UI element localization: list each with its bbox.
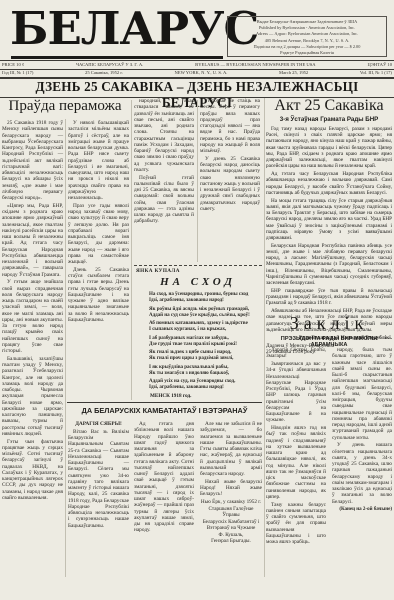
column-divider: [131, 100, 132, 400]
stanza: Як роўны йдзі асядзь між роўных грамадой…: [149, 307, 261, 319]
poem-dateline: МЕНСК 1918 год.: [150, 393, 191, 399]
masthead-underline: [11, 56, 223, 59]
zaklik-text-2: народу, была тым больш гаротнаю, што ў к…: [332, 347, 392, 505]
article-prauda-title: Праўда пераможа: [0, 98, 130, 115]
sig: Генэрал Брыгады.: [200, 538, 262, 545]
article-kambatanty-column-1: ДАРАГІЯ СЯБРЫ! Вітаю Вас зь Вялікім Бела…: [68, 421, 129, 577]
sig: Нью Ёрк, у сакавіку 1952 г.: [200, 499, 262, 506]
article-zaklik-column-2: народу, была тым больш гаротнаю, што ў к…: [332, 347, 392, 577]
stanza: І аб разбураных магілах не забудзь, Дзе …: [149, 336, 261, 348]
para: 25 Сакавіка 1918 году ў Менску найлепшыя…: [2, 120, 63, 201]
para: Поўнай гэтай палымлівай сілы было ў дні …: [134, 175, 194, 225]
tagline-belarusian: ЧАСАПІС БЕЛАРУСАЎ У З. Г. А.: [76, 62, 143, 67]
para: Вітаю Вас зь Вялікім Беларускім Нацыянал…: [68, 429, 129, 529]
column-divider: [197, 100, 198, 262]
para: Год таму назад народы Беларусі, разам з …: [266, 126, 392, 170]
article-kambatanty-column-3: Але мы не забыліся й не забудземся, — бо…: [200, 421, 262, 577]
tagline-english: BYELARUS — BYELORUSSIAN NEWSPAPER IN THE…: [195, 62, 315, 67]
pub-line: Рэдагуе Рэдакцыйная Калегія: [228, 50, 386, 56]
para: Гэты чын фактычна працягвае жыць у сэрца…: [2, 439, 63, 502]
kambatanty-signature: Нью Ёрк, у сакавіку 1952 г.Старшыня Гало…: [200, 499, 262, 545]
stanza: І як крыўдліва расхвальвалі рабы, Як ты …: [149, 365, 261, 377]
date-belarusian: 25 Сакавіка, 1952 г.: [85, 70, 123, 75]
para: Таму кажны беларус павінен сяньня запыта…: [266, 502, 326, 546]
stanza: Аддай усіх на суд, на ўсенародны сход, І…: [149, 379, 261, 391]
para: Дарагія Сёстры, Браты, Змагары!: [266, 347, 326, 360]
para: Няхай жыве беларускі Народ! Няхай жыве Б…: [200, 479, 262, 498]
stanza: Аб помных катаваньнях, здзеку і зьдзірст…: [149, 321, 261, 333]
column-divider: [264, 98, 265, 577]
sig: Старшыня Галоўнае Ўправы: [200, 506, 262, 519]
article-prauda-column-2: У няволі бальшавіцкай засталіся мільёны …: [68, 120, 129, 400]
publisher-box: Выдае Беларуска-Амэрыканскае Задзіночань…: [227, 16, 387, 57]
sig: Вэтэранаў на Чужыне: [200, 525, 262, 532]
para: Праз усе гады няволі народ захаваў сваю …: [68, 203, 129, 266]
para: Дзень 25 Сакавіка стаўся сымбалем гэтага…: [68, 267, 129, 323]
issue-number-right: Vol. III, № 1 (17): [360, 70, 392, 75]
article-prauda-column-3: народнай, якая стваралася вякамі; не даз…: [134, 98, 194, 262]
para: Ніводзін яшчэ год ня быў так поўны вялік…: [266, 425, 326, 500]
para: У дзень нашага сёлетняга нацыянальнага с…: [332, 442, 392, 505]
para: У няволі бальшавіцкай засталіся мільёны …: [68, 120, 129, 201]
article-akt-title: Акт 25 Сакавіка: [266, 97, 392, 115]
article-prauda-column-4: Гісторыя не стаіць на месцы. Вера ў пера…: [200, 98, 260, 262]
poem-title: НА СХОД: [134, 276, 262, 288]
stanza: Як гналі зьдзек з цябе сыны і народ, Як …: [149, 350, 261, 362]
poem-stanzas: На сход, на ўсенародны, грозны, бурны сх…: [149, 292, 261, 394]
article-zaklik-column-1: Дарагія Сёстры, Браты, Змагары!Зьвяртаюч…: [266, 347, 326, 577]
stanza: На сход, на ўсенародны, грозны, бурны сх…: [149, 292, 261, 304]
masthead-title: БЕЛАРУС: [10, 4, 258, 54]
para: У гэтым акце знайшла свой выраз спрадвеч…: [2, 279, 63, 354]
article-zaklik-title: Заклік: [266, 313, 392, 334]
para: БНР пацьвярджае ўсе тыя правы й вольнась…: [266, 288, 392, 307]
kambatanty-text-1: Вітаю Вас зь Вялікім Беларускім Нацыянал…: [68, 429, 129, 529]
newspaper-page: БЕЛАРУС Выдае Беларуска-Амэрыканскае Зад…: [0, 0, 394, 600]
rule-above-kambatanty: [67, 402, 262, 403]
para: народнай, якая стваралася вякамі; не даз…: [134, 98, 194, 173]
para: Беларуская Народная Рэспубліка павінна а…: [266, 243, 392, 287]
price-left: PRICE 10 ¢: [2, 62, 24, 67]
para: «Цяпер мы, Рада БНР, скідаем з роднага к…: [2, 203, 63, 278]
para: Гісторыя не стаіць на месцы. Вера ў пера…: [200, 98, 260, 154]
akt-paragraphs: Год таму назад народы Беларусі, разам з …: [266, 126, 392, 333]
price-right: ЦЭНТАЎ 10: [367, 62, 392, 67]
para: У дзень 25 Сакавіка беларускі народ дано…: [200, 156, 260, 212]
para: Бальшавікі, захапіўшы гвалтам уладу ў Ме…: [2, 356, 63, 437]
info-row-1: PRICE 10 ¢ ЧАСАПІС БЕЛАРУСАЎ У З. Г. А. …: [2, 62, 392, 67]
para: Ад гэтага часу Беларуская Народная Рэспу…: [266, 171, 392, 196]
para: Зьвяртаючыся да вас у 34-я ўгодкі абвешч…: [266, 361, 326, 424]
info-row-2: Год ІІІ, № 1 (17) 25 Сакавіка, 1952 г. N…: [2, 70, 392, 75]
column-divider: [65, 119, 66, 577]
para: народу, была тым больш гаротнаю, што ў к…: [332, 347, 392, 441]
article-kambatanty-column-2: Ад гэтага дня збліжэньня волі нашага Нар…: [134, 421, 194, 577]
article-akt-subtitle: 3-я Ўстаўная Грамата Рады БНР: [266, 116, 392, 123]
para: Але мы не забыліся й не забудземся, — бо…: [200, 421, 262, 477]
zaklik-continued-note: (Канец на 2-ой бачыне): [332, 507, 392, 513]
kambatanty-salutation: ДАРАГІЯ СЯБРЫ!: [68, 421, 129, 427]
city-line: NEW YORK, N. Y., U. S. A.: [174, 70, 227, 75]
poem-divider: [134, 265, 262, 266]
issue-number-left: Год ІІІ, № 1 (17): [2, 70, 33, 75]
para: Ад гэтага дня збліжэньня волі нашага Нар…: [134, 421, 194, 534]
para: На моцы гэтага трацяць сілу ўсе старыя д…: [266, 198, 392, 242]
kambatanty-text-3: Але мы не забыліся й не забудземся, — бо…: [200, 421, 262, 498]
date-english: March 25, 1952: [279, 70, 308, 75]
poem-byline: ЯНКА КУПАЛА: [136, 268, 180, 274]
article-prauda-column-1: 25 Сакавіка 1918 году ў Менску найлепшыя…: [2, 120, 63, 576]
article-kambatanty-title: ДА БЕЛАРУСКІХ КАМБАТАНТАЎ І ВЭТЭРАНАЎ: [67, 406, 262, 415]
